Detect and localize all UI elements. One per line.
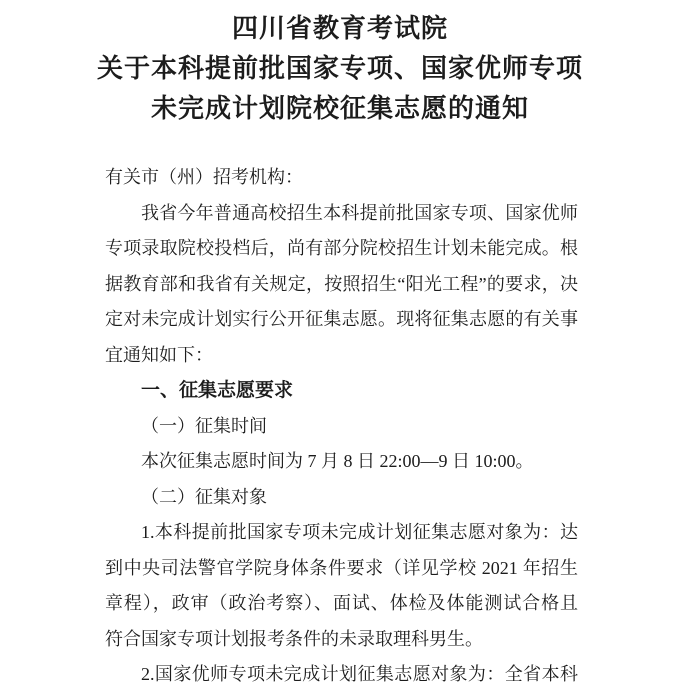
collection-time-line: 本次征集志愿时间为 7 月 8 日 22:00—9 日 10:00。 — [105, 444, 578, 480]
item-2-line: 2.国家优师专项未完成计划征集志愿对象为：全省本科 — [105, 657, 578, 693]
item-1-line: 到中央司法警官学院身体条件要求（详见学校 2021 年招生 — [105, 551, 578, 587]
notice-title: 四川省教育考试院 关于本科提前批国家专项、国家优师专项 未完成计划院校征集志愿的… — [0, 8, 680, 128]
item-1-line: 1.本科提前批国家专项未完成计划征集志愿对象为：达 — [105, 515, 578, 551]
section-heading-1: 一、征集志愿要求 — [105, 373, 578, 409]
salutation-line: 有关市（州）招考机构： — [105, 160, 578, 196]
subsection-heading-time: （一）征集时间 — [105, 409, 578, 445]
paragraph-line: 宜通知如下： — [105, 338, 578, 374]
item-1-line: 章程），政审（政治考察）、面试、体检及体能测试合格且 — [105, 586, 578, 622]
title-line-subject-2: 未完成计划院校征集志愿的通知 — [0, 88, 680, 128]
paragraph-line: 据教育部和我省有关规定，按照招生“阳光工程”的要求，决 — [105, 267, 578, 303]
title-line-issuer: 四川省教育考试院 — [0, 8, 680, 48]
paragraph-line: 我省今年普通高校招生本科提前批国家专项、国家优师 — [105, 196, 578, 232]
paragraph-line: 定对未完成计划实行公开征集志愿。现将征集志愿的有关事 — [105, 302, 578, 338]
paragraph-line: 专项录取院校投档后，尚有部分院校招生计划未能完成。根 — [105, 231, 578, 267]
subsection-heading-target: （二）征集对象 — [105, 480, 578, 516]
title-line-subject-1: 关于本科提前批国家专项、国家优师专项 — [0, 48, 680, 88]
notice-document-page: 四川省教育考试院 关于本科提前批国家专项、国家优师专项 未完成计划院校征集志愿的… — [0, 0, 680, 696]
item-1-line: 符合国家专项计划报考条件的未录取理科男生。 — [105, 622, 578, 658]
notice-body: 有关市（州）招考机构： 我省今年普通高校招生本科提前批国家专项、国家优师 专项录… — [105, 160, 578, 693]
